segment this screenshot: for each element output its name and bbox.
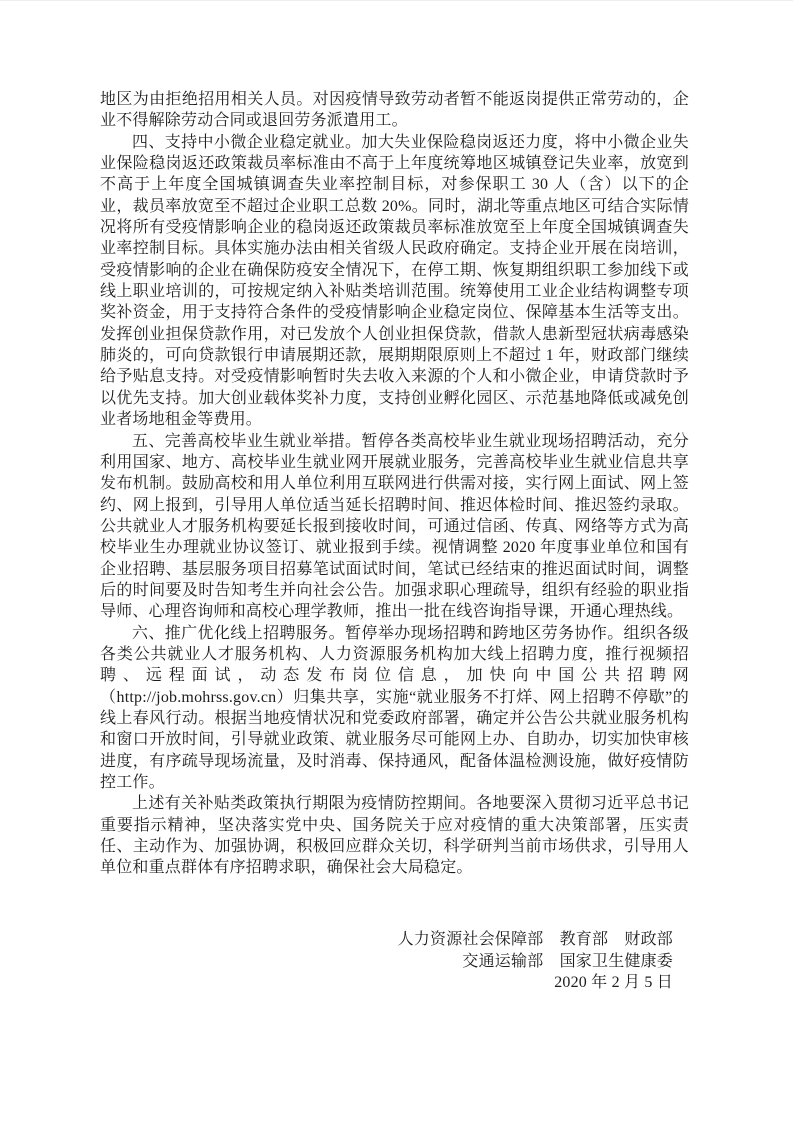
page-top-edge	[0, 0, 793, 1]
paragraph-section-5-graduate-employment: 五、完善高校毕业生就业举措。暂停各类高校毕业生就业现场招聘活动，充分利用国家、地…	[100, 431, 689, 623]
paragraph-continuation: 地区为由拒绝招用相关人员。对因疫情导致劳动者暂不能返岗提供正常劳动的，企业不得解…	[100, 89, 689, 132]
document-page: 地区为由拒绝招用相关人员。对因疫情导致劳动者暂不能返岗提供正常劳动的，企业不得解…	[0, 0, 793, 1122]
document-body: 地区为由拒绝招用相关人员。对因疫情导致劳动者暂不能返岗提供正常劳动的，企业不得解…	[100, 89, 689, 879]
paragraph-section-6-online-recruitment: 六、推广优化线上招聘服务。暂停举办现场招聘和跨地区劳务协作。组织各级各类公共就业…	[100, 623, 689, 794]
signature-block: 人力资源社会保障部 教育部 财政部 交通运输部 国家卫生健康委 2020 年 2…	[398, 929, 673, 994]
signature-agencies-line-2: 交通运输部 国家卫生健康委	[398, 951, 673, 973]
paragraph-closing: 上述有关补贴类政策执行期限为疫情防控期间。各地要深入贯彻习近平总书记重要指示精神…	[100, 793, 689, 878]
signature-agencies-line-1: 人力资源社会保障部 教育部 财政部	[398, 929, 673, 951]
signature-date: 2020 年 2 月 5 日	[398, 972, 673, 994]
paragraph-section-4-support-small-enterprises: 四、支持中小微企业稳定就业。加大失业保险稳岗返还力度，将中小微企业失业保险稳岗返…	[100, 132, 689, 431]
